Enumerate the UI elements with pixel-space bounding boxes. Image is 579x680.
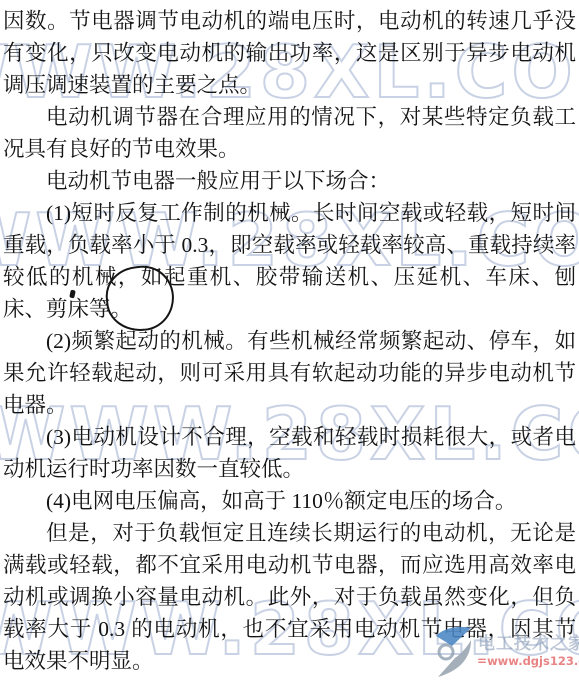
url-left-mark: = xyxy=(477,654,487,668)
document-page: 因数。节电器调节电动机的端电压时，电动机的转速几乎没有变化，只改变电动机的输出功… xyxy=(0,0,579,677)
paragraph: 电动机调节器在合理应用的情况下，对某些特定负载工况具有良好的节电效果。 xyxy=(3,101,576,165)
site-logo: 电工技术之家 = www.dgjs123.com = xyxy=(433,621,579,680)
paragraph: (3)电动机设计不合理，空载和轻载时损耗很大，或者电动机运行时功率因数一直较低。 xyxy=(3,421,576,485)
paragraph: 电动机节电器一般应用于以下场合： xyxy=(3,165,576,197)
paragraph: 因数。节电器调节电动机的端电压时，电动机的转速几乎没有变化，只改变电动机的输出功… xyxy=(3,5,576,101)
site-name: 电工技术之家 xyxy=(478,629,579,654)
site-logo-icon xyxy=(433,625,475,679)
site-url-row: = www.dgjs123.com = xyxy=(477,654,577,668)
paragraph: (2)频繁起动的机械。有些机械经常频繁起动、停车，如果允许轻载起动，则可采用具有… xyxy=(3,325,576,421)
paragraph: (1)短时反复工作制的机械。长时间空载或轻载，短时间重载，负载率小于 0.3，即… xyxy=(3,197,576,325)
paragraph: (4)电网电压偏高，如高于 110％额定电压的场合。 xyxy=(3,485,576,517)
site-url: www.dgjs123.com xyxy=(487,654,579,668)
